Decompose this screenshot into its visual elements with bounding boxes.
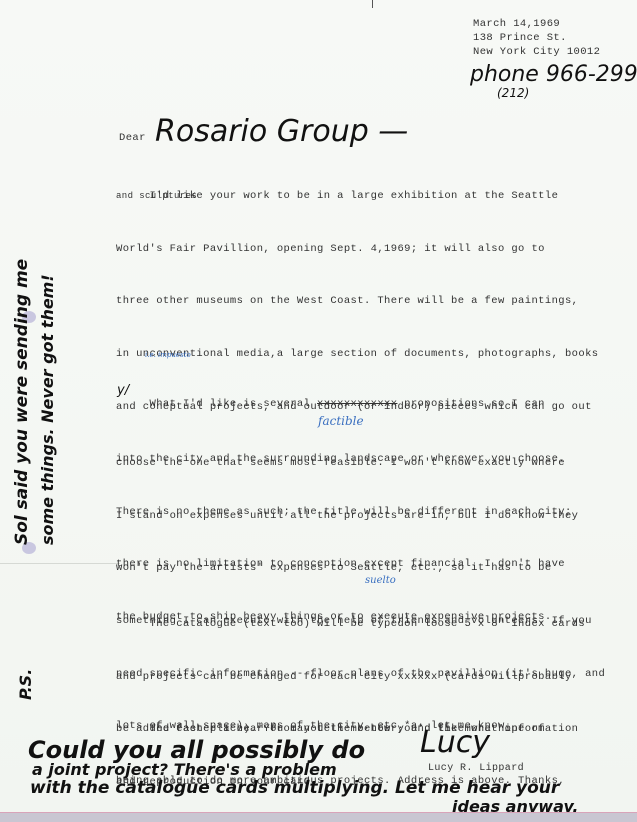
struck-text: xxxxxxxxxxxx (317, 398, 397, 410)
margin-ps-line: some things. Never got them! (38, 274, 57, 545)
text-line: propositions so I can (397, 398, 544, 410)
postscript-line: with the catalogue cards multiplying. Le… (30, 778, 559, 798)
margin-ps-label: P.S. (16, 669, 35, 700)
text-line: won't pay the artists' expenses to Seatt… (116, 555, 605, 581)
text-line: choose the one that seems most feasible.… (116, 450, 605, 476)
city-address: New York City 10012 (473, 45, 600, 59)
fold-line (0, 563, 120, 564)
letter-date: March 14,1969 (473, 17, 600, 31)
handwritten-phone: phone 966-2994 (470, 62, 637, 87)
street-address: 138 Prince St. (473, 31, 600, 45)
margin-ps-line: Sol said you were sending me (12, 259, 32, 545)
text-line: three other museums on the West Coast. T… (116, 288, 598, 314)
paragraph-2-first-line: What I'd like is several xxxxxxxxxxxx pr… (116, 398, 545, 410)
text-line: The catalogue (text too) will be typedon… (116, 611, 585, 637)
blue-annotation-budget: i.e. impuesto (145, 351, 191, 359)
postscript-line: a joint project? There's a problem (32, 760, 337, 779)
margin-check-mark: y/ (117, 383, 129, 398)
text-line: What I'd like is several (116, 398, 317, 410)
text-line: World's Fair Pavillion, opening Sept. 4,… (116, 236, 598, 262)
text-line: and projects can be changed for each cit… (116, 664, 585, 690)
text-line: I'd like your work to be in a large exhi… (116, 183, 598, 209)
handwritten-recipient: Rosario Group — (155, 114, 408, 149)
text-line: I stand on expenses until all the projec… (116, 503, 605, 529)
typed-signature-name: Lucy R. Lippard (428, 763, 524, 774)
handwritten-signature: Lucy (420, 725, 490, 760)
handwritten-area-code: (212) (497, 86, 529, 100)
page-bottom-edge (0, 812, 637, 822)
sender-address: March 14,1969 138 Prince St. New York Ci… (473, 17, 600, 59)
salutation: Dear (119, 132, 146, 144)
page-mark (372, 0, 373, 8)
